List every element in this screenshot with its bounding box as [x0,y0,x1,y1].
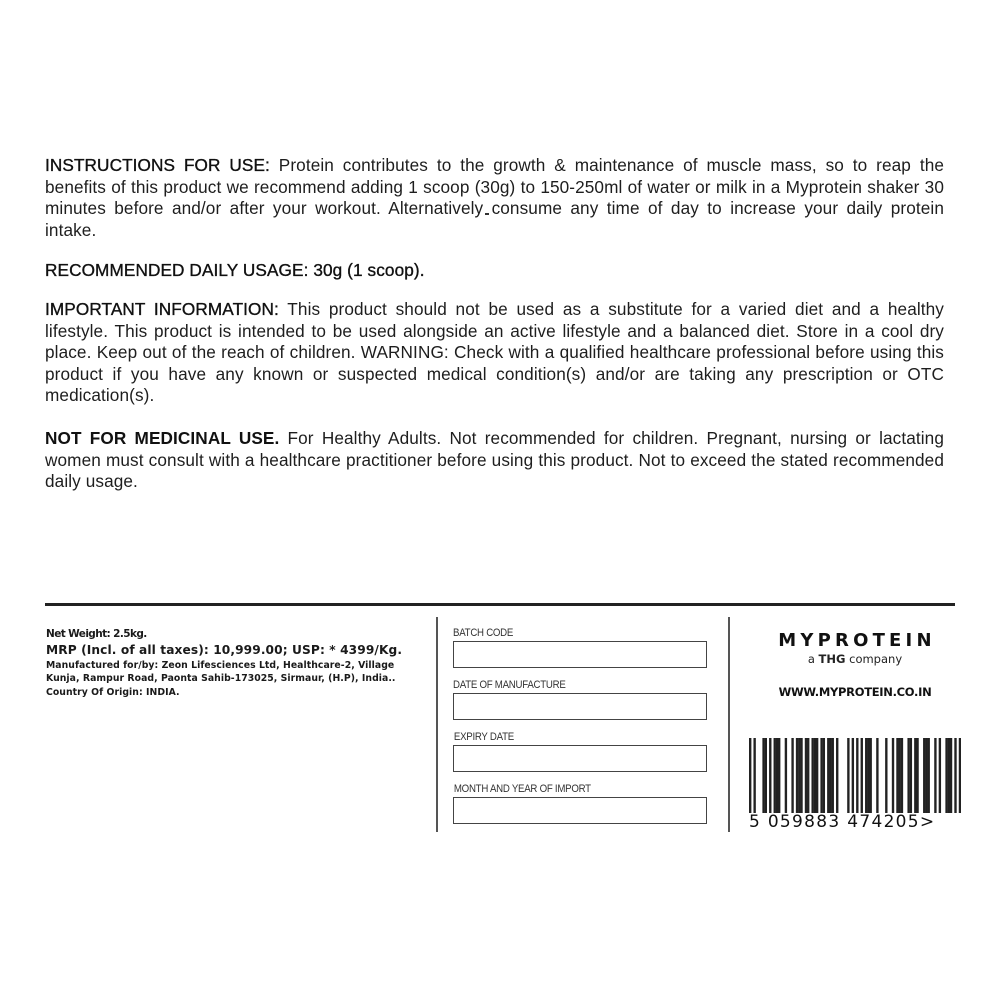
important-info-paragraph: IMPORTANT INFORMATION: This product shou… [45,299,944,407]
manufacturer-info: Manufactured for/by: Zeon Lifesciences L… [46,659,431,699]
instructions-heading: INSTRUCTIONS FOR USE: [45,155,270,175]
important-info-heading: IMPORTANT INFORMATION: [45,299,279,319]
myprotein-logo: MYPROTEIN [745,630,965,651]
website-url: WWW.MYPROTEIN.CO.IN [745,685,965,699]
daily-usage-text: 30g (1 scoop). [308,260,424,280]
brand-tagline: a THG company [745,652,965,666]
batch-code-label: BATCH CODE [453,625,682,641]
tagline-suffix: company [845,652,902,666]
not-medicinal-paragraph: NOT FOR MEDICINAL USE. For Healthy Adult… [45,428,944,493]
instructions-paragraph: INSTRUCTIONS FOR USE: Protein contribute… [45,155,944,241]
net-weight: Net Weight: 2.5kg. [46,628,431,640]
stray-mark [485,213,489,215]
horizontal-divider [45,603,955,606]
mrp-price: MRP (Incl. of all taxes): 10,999.00; USP… [46,643,431,657]
expiry-date-label: EXPIRY DATE [453,729,682,745]
date-of-manufacture-box [453,693,707,720]
product-info: Net Weight: 2.5kg. MRP (Incl. of all tax… [46,628,431,699]
tagline-prefix: a [808,652,819,666]
import-date-box [453,797,707,824]
brand-block: MYPROTEIN a THG company WWW.MYPROTEIN.CO… [745,630,965,699]
daily-usage-paragraph: RECOMMENDED DAILY USAGE: 30g (1 scoop). [45,260,944,282]
barcode-number: 5 059883 474205> [749,812,935,832]
date-of-manufacture-label: DATE OF MANUFACTURE [453,677,682,693]
daily-usage-heading: RECOMMENDED DAILY USAGE: [45,260,308,280]
not-medicinal-heading: NOT FOR MEDICINAL USE. [45,428,279,448]
vertical-divider-left [436,617,438,832]
barcode-icon [749,738,961,813]
batch-fields: BATCH CODE DATE OF MANUFACTURE EXPIRY DA… [453,625,713,833]
vertical-divider-right [728,617,730,832]
expiry-date-box [453,745,707,772]
batch-code-box [453,641,707,668]
tagline-thg: THG [819,652,846,666]
import-date-label: MONTH AND YEAR OF IMPORT [453,781,682,797]
